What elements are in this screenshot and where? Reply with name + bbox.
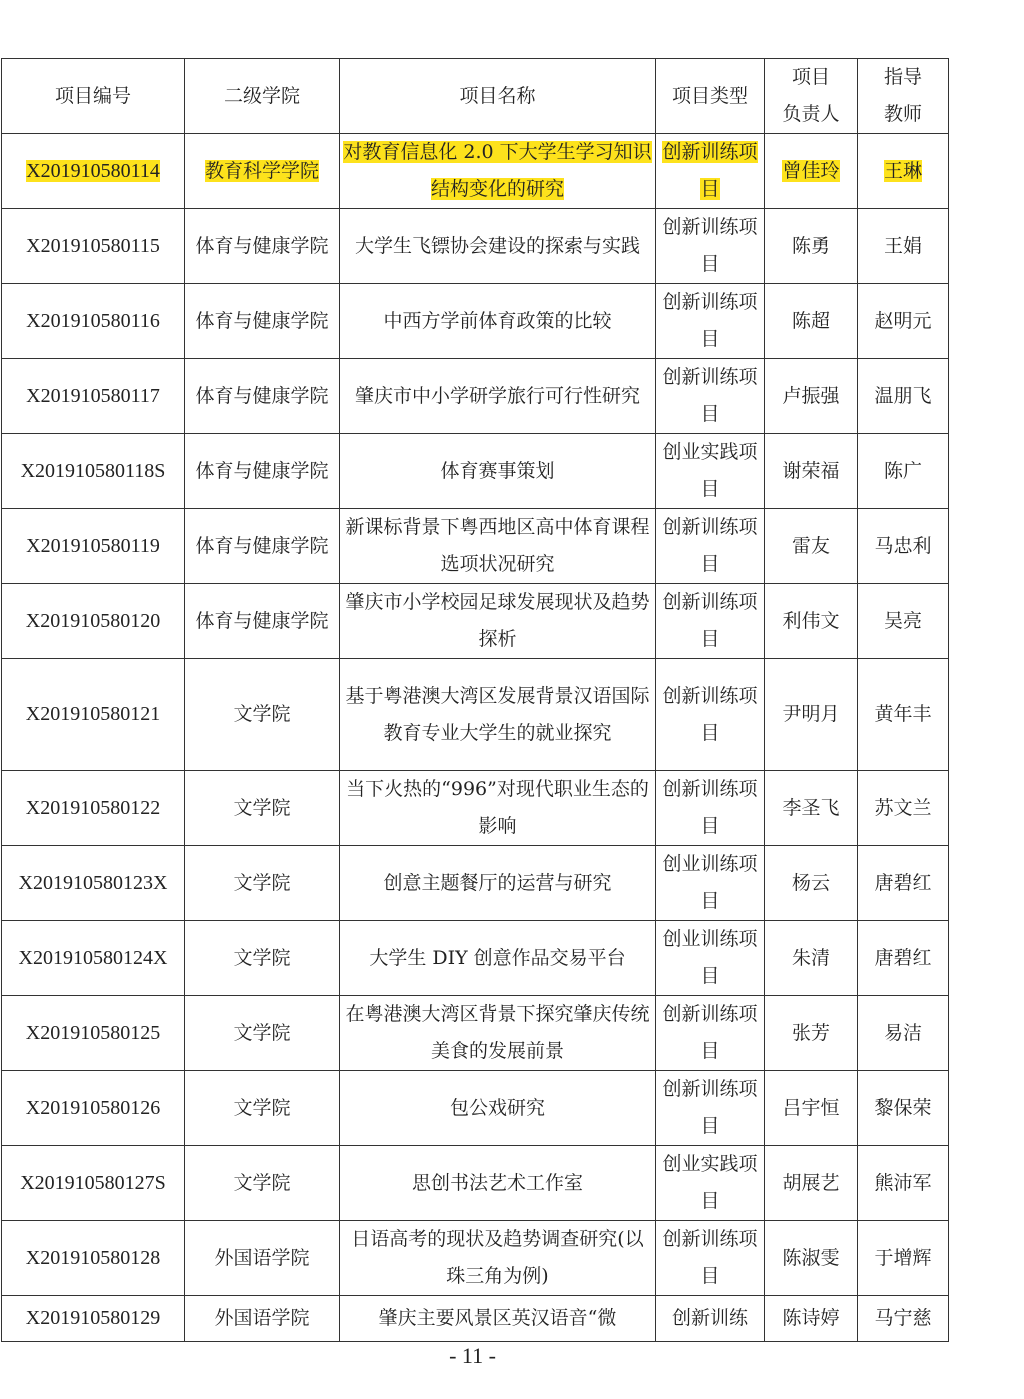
- cell-project-id: X201910580120: [2, 584, 185, 659]
- cell-college: 文学院: [185, 771, 340, 846]
- highlighted-text: 王琳: [884, 160, 922, 182]
- cell-project-name: 大学生飞镖协会建设的探索与实践: [340, 209, 656, 284]
- cell-advisor: 于增辉: [858, 1221, 949, 1296]
- cell-advisor: 熊沛军: [858, 1146, 949, 1221]
- cell-project-name: 中西方学前体育政策的比较: [340, 284, 656, 359]
- table-row: X201910580123X文学院创意主题餐厅的运营与研究创业训练项目杨云唐碧红: [2, 846, 949, 921]
- cell-project-type: 创业实践项目: [656, 1146, 765, 1221]
- highlighted-text: 曾佳玲: [782, 160, 839, 182]
- cell-project-type: 创新训练项目: [656, 1221, 765, 1296]
- cell-advisor: 王娟: [858, 209, 949, 284]
- cell-project-type: 创新训练项目: [656, 1071, 765, 1146]
- cell-project-id: X201910580126: [2, 1071, 185, 1146]
- cell-advisor: 温朋飞: [858, 359, 949, 434]
- cell-leader: 朱清: [765, 921, 858, 996]
- table-row: X201910580120体育与健康学院肇庆市小学校园足球发展现状及趋势探析创新…: [2, 584, 949, 659]
- cell-project-type: 创新训练项目: [656, 584, 765, 659]
- cell-leader: 曾佳玲: [765, 134, 858, 209]
- highlighted-text: 教育科学学院: [205, 160, 319, 182]
- cell-leader: 卢振强: [765, 359, 858, 434]
- cell-advisor: 马宁慈: [858, 1296, 949, 1342]
- cell-project-name: 体育赛事策划: [340, 434, 656, 509]
- cell-project-name: 新课标背景下粤西地区高中体育课程选项状况研究: [340, 509, 656, 584]
- header-leader: 项目 负责人: [765, 59, 858, 134]
- cell-leader: 陈诗婷: [765, 1296, 858, 1342]
- cell-leader: 尹明月: [765, 659, 858, 771]
- table-header-row: 项目编号 二级学院 项目名称 项目类型 项目 负责人 指导 教师: [2, 59, 949, 134]
- cell-project-id: X201910580129: [2, 1296, 185, 1342]
- table-row: X201910580127S文学院思创书法艺术工作室创业实践项目胡展艺熊沛军: [2, 1146, 949, 1221]
- table-row: X201910580121文学院基于粤港澳大湾区发展背景汉语国际教育专业大学生的…: [2, 659, 949, 771]
- cell-project-type: 创新训练项目: [656, 209, 765, 284]
- cell-project-id: X201910580122: [2, 771, 185, 846]
- table-row: X201910580128外国语学院日语高考的现状及趋势调查研究(以珠三角为例)…: [2, 1221, 949, 1296]
- cell-project-id: X201910580117: [2, 359, 185, 434]
- table-row: X201910580129外国语学院肇庆主要风景区英汉语音“微创新训练陈诗婷马宁…: [2, 1296, 949, 1342]
- cell-college: 文学院: [185, 659, 340, 771]
- header-project-type: 项目类型: [656, 59, 765, 134]
- table-row: X201910580118S体育与健康学院体育赛事策划创业实践项目谢荣福陈广: [2, 434, 949, 509]
- table-row: X201910580117体育与健康学院肇庆市中小学研学旅行可行性研究创新训练项…: [2, 359, 949, 434]
- cell-advisor: 黎保荣: [858, 1071, 949, 1146]
- cell-advisor: 马忠利: [858, 509, 949, 584]
- cell-project-id: X201910580128: [2, 1221, 185, 1296]
- page-number: - 11 -: [0, 1343, 945, 1369]
- cell-project-name: 基于粤港澳大湾区发展背景汉语国际教育专业大学生的就业探究: [340, 659, 656, 771]
- cell-college: 体育与健康学院: [185, 359, 340, 434]
- cell-project-name: 思创书法艺术工作室: [340, 1146, 656, 1221]
- cell-project-name: 创意主题餐厅的运营与研究: [340, 846, 656, 921]
- cell-project-id: X201910580118S: [2, 434, 185, 509]
- cell-project-name: 肇庆市中小学研学旅行可行性研究: [340, 359, 656, 434]
- header-advisor: 指导 教师: [858, 59, 949, 134]
- cell-project-id: X201910580125: [2, 996, 185, 1071]
- cell-project-id: X201910580119: [2, 509, 185, 584]
- cell-advisor: 苏文兰: [858, 771, 949, 846]
- cell-project-name: 肇庆主要风景区英汉语音“微: [340, 1296, 656, 1342]
- cell-leader: 胡展艺: [765, 1146, 858, 1221]
- cell-project-type: 创新训练项目: [656, 509, 765, 584]
- cell-project-id: X201910580124X: [2, 921, 185, 996]
- highlighted-text: X201910580114: [26, 160, 160, 182]
- cell-project-type: 创新训练项目: [656, 359, 765, 434]
- cell-project-name: 对教育信息化 2.0 下大学生学习知识结构变化的研究: [340, 134, 656, 209]
- cell-project-name: 当下火热的“996”对现代职业生态的影响: [340, 771, 656, 846]
- cell-project-id: X201910580114: [2, 134, 185, 209]
- cell-leader: 吕宇恒: [765, 1071, 858, 1146]
- table-row: X201910580119体育与健康学院新课标背景下粤西地区高中体育课程选项状况…: [2, 509, 949, 584]
- cell-project-id: X201910580121: [2, 659, 185, 771]
- cell-project-type: 创业实践项目: [656, 434, 765, 509]
- cell-project-name: 日语高考的现状及趋势调查研究(以珠三角为例): [340, 1221, 656, 1296]
- cell-leader: 张芳: [765, 996, 858, 1071]
- cell-college: 外国语学院: [185, 1296, 340, 1342]
- cell-college: 体育与健康学院: [185, 209, 340, 284]
- cell-project-type: 创新训练项目: [656, 284, 765, 359]
- cell-college: 文学院: [185, 921, 340, 996]
- cell-leader: 雷友: [765, 509, 858, 584]
- cell-project-id: X201910580116: [2, 284, 185, 359]
- cell-advisor: 陈广: [858, 434, 949, 509]
- header-project-id: 项目编号: [2, 59, 185, 134]
- table-row: X201910580122文学院当下火热的“996”对现代职业生态的影响创新训练…: [2, 771, 949, 846]
- cell-project-name: 在粤港澳大湾区背景下探究肇庆传统美食的发展前景: [340, 996, 656, 1071]
- cell-advisor: 黄年丰: [858, 659, 949, 771]
- cell-college: 体育与健康学院: [185, 584, 340, 659]
- cell-advisor: 赵明元: [858, 284, 949, 359]
- cell-project-id: X201910580127S: [2, 1146, 185, 1221]
- table-row: X201910580125文学院在粤港澳大湾区背景下探究肇庆传统美食的发展前景创…: [2, 996, 949, 1071]
- cell-leader: 陈勇: [765, 209, 858, 284]
- cell-leader: 杨云: [765, 846, 858, 921]
- cell-project-type: 创新训练: [656, 1296, 765, 1342]
- table-row: X201910580116体育与健康学院中西方学前体育政策的比较创新训练项目陈超…: [2, 284, 949, 359]
- highlighted-text: 对教育信息化 2.0 下大学生学习知识结构变化的研究: [343, 141, 651, 200]
- cell-college: 文学院: [185, 996, 340, 1071]
- cell-project-type: 创新训练项目: [656, 996, 765, 1071]
- cell-leader: 陈淑雯: [765, 1221, 858, 1296]
- cell-advisor: 易洁: [858, 996, 949, 1071]
- table-row: X201910580114教育科学学院对教育信息化 2.0 下大学生学习知识结构…: [2, 134, 949, 209]
- table-row: X201910580115体育与健康学院大学生飞镖协会建设的探索与实践创新训练项…: [2, 209, 949, 284]
- project-table: 项目编号 二级学院 项目名称 项目类型 项目 负责人 指导 教师 X201910…: [1, 58, 949, 1342]
- cell-project-name: 大学生 DIY 创意作品交易平台: [340, 921, 656, 996]
- cell-project-type: 创新训练项目: [656, 771, 765, 846]
- cell-project-id: X201910580115: [2, 209, 185, 284]
- table-row: X201910580126文学院包公戏研究创新训练项目吕宇恒黎保荣: [2, 1071, 949, 1146]
- cell-college: 教育科学学院: [185, 134, 340, 209]
- cell-project-type: 创新训练项目: [656, 659, 765, 771]
- cell-leader: 利伟文: [765, 584, 858, 659]
- cell-advisor: 王琳: [858, 134, 949, 209]
- cell-leader: 谢荣福: [765, 434, 858, 509]
- cell-college: 体育与健康学院: [185, 284, 340, 359]
- table-row: X201910580124X文学院大学生 DIY 创意作品交易平台创业训练项目朱…: [2, 921, 949, 996]
- cell-advisor: 吴亮: [858, 584, 949, 659]
- cell-advisor: 唐碧红: [858, 846, 949, 921]
- header-project-name: 项目名称: [340, 59, 656, 134]
- cell-project-type: 创业训练项目: [656, 921, 765, 996]
- cell-college: 文学院: [185, 1071, 340, 1146]
- cell-project-name: 包公戏研究: [340, 1071, 656, 1146]
- cell-leader: 陈超: [765, 284, 858, 359]
- highlighted-text: 创新训练项目: [662, 141, 757, 200]
- cell-college: 文学院: [185, 846, 340, 921]
- cell-college: 外国语学院: [185, 1221, 340, 1296]
- cell-advisor: 唐碧红: [858, 921, 949, 996]
- cell-leader: 李圣飞: [765, 771, 858, 846]
- cell-project-name: 肇庆市小学校园足球发展现状及趋势探析: [340, 584, 656, 659]
- header-college: 二级学院: [185, 59, 340, 134]
- cell-project-id: X201910580123X: [2, 846, 185, 921]
- cell-college: 体育与健康学院: [185, 509, 340, 584]
- cell-project-type: 创新训练项目: [656, 134, 765, 209]
- cell-college: 体育与健康学院: [185, 434, 340, 509]
- cell-college: 文学院: [185, 1146, 340, 1221]
- cell-project-type: 创业训练项目: [656, 846, 765, 921]
